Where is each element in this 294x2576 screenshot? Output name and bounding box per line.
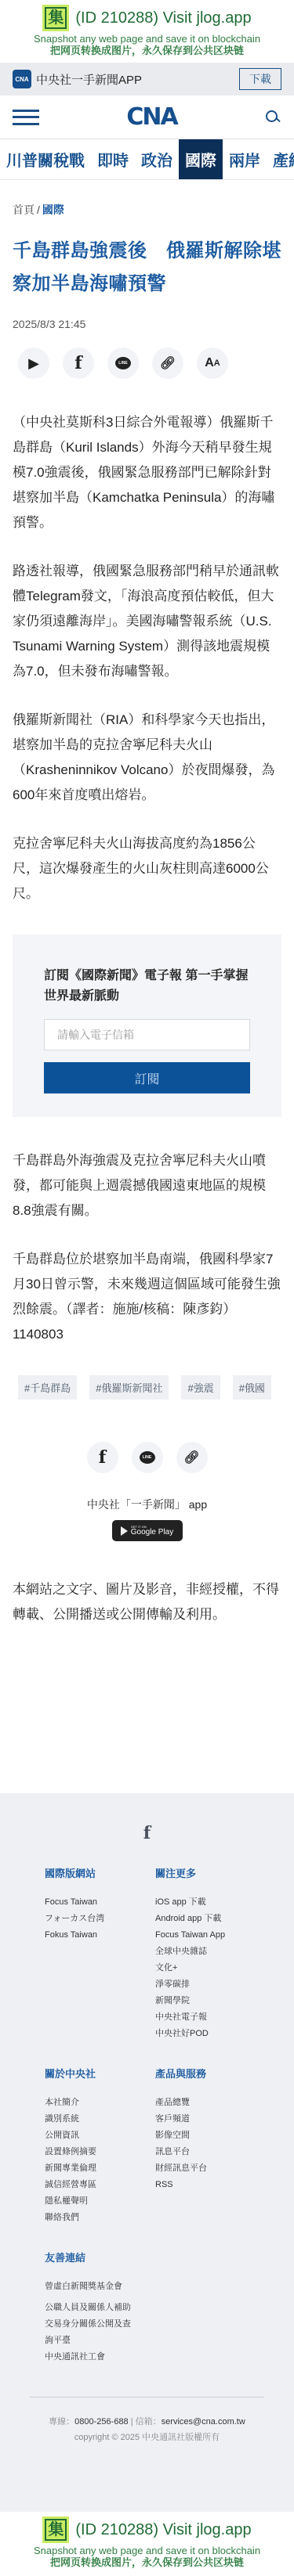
paragraph: （中央社莫斯科3日綜合外電報導）俄羅斯千島群島（Kuril Islands）外海… (13, 410, 281, 535)
footer-col-follow-more: 關注更多 iOS app 下載 Android app 下載 Focus Tai… (155, 1865, 266, 2042)
email-input[interactable] (44, 1019, 250, 1050)
footer-col-title: 國際版網站 (45, 1865, 155, 1880)
footer-link[interactable]: iOS app 下載 (155, 1894, 266, 1911)
category-nav: 川普關稅戰 即時 政治 國際 兩岸 產經 (0, 139, 294, 180)
cna-logo[interactable]: CNA (126, 103, 176, 131)
hotline-label: 專線： (49, 2417, 74, 2426)
jlog-headline[interactable]: (ID 210288) Visit jlog.app (75, 9, 251, 27)
link-icon[interactable]: 🔗︎ (152, 348, 183, 379)
font-size-icon[interactable]: AA (197, 348, 228, 379)
tag[interactable]: #俄羅斯新聞社 (89, 1375, 169, 1400)
breadcrumb: 首頁/國際 (13, 202, 281, 218)
google-play-icon (121, 1526, 128, 1536)
footer-link[interactable]: 淨零碳排 (155, 1976, 266, 1993)
app-name: 中央社一手新聞APP (36, 71, 239, 88)
footer-link[interactable]: 本社簡介 (45, 2095, 155, 2111)
tag[interactable]: #俄國 (233, 1375, 271, 1400)
footer-link[interactable]: Focus Taiwan App (155, 1927, 266, 1944)
contact-email[interactable]: services@cna.com.tw (162, 2417, 245, 2426)
hotline-number[interactable]: 0800-256-688 (74, 2417, 129, 2426)
footer-link[interactable]: 全球中央雜誌 (155, 1944, 266, 1960)
breadcrumb-current[interactable]: 國際 (42, 204, 64, 216)
footer-contact: 專線：0800-256-688 | 信箱：services@cna.com.tw (0, 2415, 294, 2427)
footer-col-title: 關注更多 (155, 1865, 266, 1880)
tag-list: #千島群島 #俄羅斯新聞社 #強震 #俄國 (13, 1375, 281, 1400)
footer-link[interactable]: Fokus Taiwan (45, 1927, 155, 1944)
footer-link[interactable]: Focus Taiwan (45, 1894, 155, 1911)
paragraph: 千島群島位於堪察加半島南端，俄國科學家7月30日曾示警，未來幾週這個區域可能發生… (13, 1247, 281, 1347)
line-icon[interactable]: LINE (107, 348, 139, 379)
jlog-badge-glyph: 集 (45, 2519, 67, 2541)
nav-tab-economy[interactable]: 產經 (267, 139, 294, 179)
play-icon[interactable]: ▶ (18, 348, 49, 379)
article-title: 千島群島強震後 俄羅斯解除堪察加半島海嘯預警 (13, 235, 281, 301)
jlog-subtitle-zh: 把网页转换成图片，永久保存到公共区块链 (0, 45, 294, 56)
jlog-banner: 集 (ID 210288) Visit jlog.app Snapshot an… (0, 0, 294, 63)
jlog-subtitle-zh: 把网页转换成图片，永久保存到公共区块链 (0, 2556, 294, 2568)
paragraph: 克拉舍寧尼科夫火山海拔高度約為1856公尺，這次爆發產生的火山灰柱則高達6000… (13, 831, 281, 906)
paragraph: 俄羅斯新聞社（RIA）和科學家今天也指出，堪察加半島的克拉舍寧尼科夫火山（Kra… (13, 708, 281, 808)
facebook-icon[interactable]: f (87, 1442, 118, 1473)
jlog-banner-bottom: 集 (ID 210288) Visit jlog.app Snapshot an… (0, 2512, 294, 2574)
footer-columns: 國際版網站 Focus Taiwan フォーカス台湾 Fokus Taiwan … (0, 1865, 294, 2389)
footer-col-about: 關於中央社 本社簡介 識別系統 公開資訊 設置條例摘要 新聞專業倫理 誠信經營專… (45, 2066, 155, 2226)
footer-link[interactable]: 隱私權聲明 (45, 2193, 155, 2210)
breadcrumb-home[interactable]: 首頁 (13, 204, 34, 216)
jlog-headline-row: 集 (ID 210288) Visit jlog.app (0, 2517, 294, 2543)
app-logo-icon: CNA (13, 70, 31, 88)
hamburger-icon[interactable] (13, 108, 39, 127)
breadcrumb-separator: / (37, 204, 40, 216)
jlog-subtitle-en: Snapshot any web page and save it on blo… (0, 2545, 294, 2556)
footer-link[interactable]: フォーカス台湾 (45, 1911, 155, 1927)
bottom-share-toolbar: f LINE 🔗︎ (13, 1442, 281, 1473)
paragraph: 路透社報導，俄國緊急服務部門稍早於通訊軟體Telegram發文，「海浪高度預估較… (13, 559, 281, 684)
article-body-continued: 千島群島外海強震及克拉舍寧尼科夫火山噴發，都可能與上週震撼俄國遠東地區的規模8.… (13, 1148, 281, 1347)
footer-link[interactable]: RSS (155, 2177, 266, 2193)
footer-divider (30, 2397, 264, 2398)
footer-link[interactable]: 公開資訊 (45, 2127, 155, 2144)
footer-link[interactable]: 中央社電子報 (155, 2009, 266, 2026)
footer-link[interactable]: 新聞專業倫理 (45, 2160, 155, 2177)
footer-col-title: 關於中央社 (45, 2066, 155, 2081)
copyright-notice: 本網站之文字、圖片及影音，非經授權，不得轉載、公開播送或公開傳輸及利用。 (13, 1577, 281, 1627)
nav-tab-tariff-war[interactable]: 川普關稅戰 (0, 139, 91, 179)
footer-link[interactable]: Android app 下載 (155, 1911, 266, 1927)
jlog-badge-icon: 集 (42, 5, 69, 31)
footer-col-title: 友善連結 (45, 2250, 201, 2264)
footer-link[interactable]: 中央社好POD (155, 2026, 266, 2042)
jlog-headline-row: 集 (ID 210288) Visit jlog.app (0, 5, 294, 31)
email-label: 信箱： (136, 2417, 162, 2426)
footer-link[interactable]: 設置條例摘要 (45, 2144, 155, 2160)
site-footer: f 國際版網站 Focus Taiwan フォーカス台湾 Fokus Taiwa… (0, 1793, 294, 2512)
footer-link[interactable]: 聯絡我們 (45, 2210, 155, 2226)
article: 首頁/國際 千島群島強震後 俄羅斯解除堪察加半島海嘯預警 2025/8/3 21… (0, 202, 294, 1627)
nav-tab-latest[interactable]: 即時 (91, 139, 135, 179)
article-body: （中央社莫斯科3日綜合外電報導）俄羅斯千島群島（Kuril Islands）外海… (13, 410, 281, 906)
search-icon[interactable] (264, 109, 281, 126)
article-date: 2025/8/3 21:45 (13, 318, 281, 330)
footer-link[interactable]: 財經訊息平台 (155, 2160, 266, 2177)
jlog-headline[interactable]: (ID 210288) Visit jlog.app (75, 2521, 251, 2539)
footer-link[interactable]: 新聞學院 (155, 1993, 266, 2009)
paragraph: 千島群島外海強震及克拉舍寧尼科夫火山噴發，都可能與上週震撼俄國遠東地區的規模8.… (13, 1148, 281, 1223)
footer-link[interactable]: 訊息平台 (155, 2144, 266, 2160)
store-big-text: Google Play (131, 1529, 173, 1537)
footer-link[interactable]: 產品總覽 (155, 2095, 266, 2111)
footer-link[interactable]: 誠信經營專區 (45, 2177, 155, 2193)
jlog-badge-glyph: 集 (45, 7, 67, 29)
footer-link[interactable]: 中央通訊社工會 (45, 2349, 139, 2365)
footer-link[interactable]: 曾虛白新聞獎基金會 (45, 2279, 139, 2295)
footer-link[interactable]: 識別系統 (45, 2111, 155, 2127)
footer-col-international: 國際版網站 Focus Taiwan フォーカス台湾 Fokus Taiwan (45, 1865, 155, 2042)
nav-tab-politics[interactable]: 政治 (135, 139, 179, 179)
nav-tab-international[interactable]: 國際 (179, 139, 223, 179)
tag[interactable]: #強震 (181, 1375, 220, 1400)
footer-col-friendly-links: 友善連結 曾虛白新聞獎基金會 公職人員及關係人補助交易身分關係公開及查詢平臺 中… (45, 2250, 201, 2365)
footer-copyright: copyright © 2025 中央通訊社版權所有 (0, 2430, 294, 2512)
app-download-bar: CNA 中央社一手新聞APP 下載 (0, 63, 294, 95)
newsletter-subscribe-box: 訂閱《國際新聞》電子報 第一手掌握世界最新脈動 訂閱 (13, 935, 281, 1117)
line-icon[interactable]: LINE (132, 1442, 163, 1473)
tag[interactable]: #千島群島 (18, 1375, 77, 1400)
share-toolbar: ▶ f LINE 🔗︎ AA (13, 348, 281, 379)
app-download-button[interactable]: 下載 (239, 68, 281, 90)
app-promo-text: 中央社「一手新聞」 app (13, 1497, 281, 1512)
footer-link[interactable]: 影像空間 (155, 2127, 266, 2144)
footer-link[interactable]: 客戶頻道 (155, 2111, 266, 2127)
footer-link[interactable]: 公職人員及關係人補助交易身分關係公開及查詢平臺 (45, 2300, 139, 2349)
footer-col-products: 產品與服務 產品總覽 客戶頻道 影像空間 訊息平台 財經訊息平台 RSS (155, 2066, 266, 2226)
subscribe-button[interactable]: 訂閱 (44, 1062, 250, 1093)
footer-col-title: 產品與服務 (155, 2066, 266, 2081)
jlog-subtitle-en: Snapshot any web page and save it on blo… (0, 33, 294, 45)
footer-link[interactable]: 文化+ (155, 1960, 266, 1976)
nav-tab-cross-strait[interactable]: 兩岸 (223, 139, 267, 179)
jlog-badge-icon: 集 (42, 2517, 69, 2543)
google-play-badge[interactable]: GET IT ON Google Play (112, 1520, 183, 1541)
site-header: CNA (0, 95, 294, 139)
link-icon[interactable]: 🔗︎ (176, 1442, 208, 1473)
facebook-icon[interactable]: f (63, 348, 94, 379)
subscribe-title: 訂閱《國際新聞》電子報 第一手掌握世界最新脈動 (44, 966, 250, 1007)
facebook-icon[interactable]: f (0, 1823, 294, 1843)
